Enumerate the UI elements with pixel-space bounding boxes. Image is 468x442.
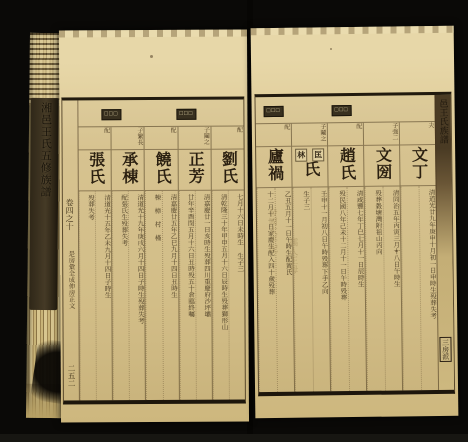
- co-wife-name: 匡: [312, 148, 324, 161]
- person-column: 配 劉氏 七月十六日未時生 生子三 清乾隆三十年甲申五月十六日辰時生殁葬獅形山: [210, 127, 245, 400]
- biography-text: 廿年辛酉閏五月十六日丑時殁五十倉臨終囑: [178, 191, 195, 400]
- margin-cartouche: □□□: [264, 106, 284, 117]
- person-column: 子繁長 承棟 清道光十九年庚戌六月十四日子時生殁葬失考 配張氏生殁葬失考: [111, 127, 146, 400]
- relation-label: 子強二: [390, 121, 399, 144]
- person-name: 承棟: [119, 150, 137, 190]
- fold-edge-title: 邑王氏族譜: [438, 99, 449, 144]
- left-person-columns: 配 張氏 清道光十五年乙未九月十四日子時生 殁葬失考 子繁長 承棟 清道光十九年…: [78, 127, 244, 401]
- book-spine: 湘邑王氏五修族譜: [29, 98, 58, 310]
- page-number: 二五二: [67, 364, 75, 387]
- relation-label: 配: [169, 126, 177, 149]
- relation-label: 配: [102, 126, 110, 149]
- relation-label: 配: [235, 126, 243, 149]
- right-page-fold-edge: 邑王氏族譜 三房派: [434, 95, 454, 390]
- person-column: 夫 文丁 清道光廿九年庚申十月初一日申時生殁葬失考: [399, 122, 438, 390]
- right-genealogy-table: □□□ □□□ 配 廬禍 乙丑五月十一日午時生配黃氏 十二月十一日家慶生配入四十…: [255, 95, 438, 392]
- person-name: 正芳: [186, 150, 204, 190]
- biography-text: 殁葬失考: [79, 191, 96, 400]
- volume-label: 卷四之十: [65, 198, 74, 230]
- person-column: 配 趙氏 清咸豐七年丁巳七月十一日辰時生 殁民國八年己未十二月十一日午時殁葬: [327, 123, 366, 391]
- person-name: 文丁: [409, 145, 427, 185]
- relation-label: 配: [354, 122, 363, 145]
- person-name: 趙氏: [337, 146, 355, 186]
- fold-edge-stamp: 三房派: [439, 337, 451, 362]
- person-name: 張氏: [86, 150, 104, 190]
- left-page-printed-area: 卷四之十 是房彙全成伸房正文 二五二 □□□ □□□ 配 張氏 清道光十五年乙未…: [61, 97, 246, 405]
- person-name: 廬禍: [265, 147, 283, 187]
- biography-text: 清嘉慶廿五年乙巳九月十四日丑時生: [161, 191, 178, 400]
- margin-cartouche: □□□: [332, 105, 352, 116]
- paper-speck: [395, 250, 398, 252]
- paper-speck: [150, 55, 153, 58]
- margin-cartouche: □□□: [101, 109, 121, 120]
- person-column: 子鬮之 正芳 清嘉慶廿一日亥時生殁葬四川重慶府沙坪壩 廿年辛酉閏五月十六日丑時殁…: [177, 127, 212, 400]
- person-column: 子強二 文圀 清同治五年丙寅三月十八日午時生 殁葬穀塘灣附祖山丙向: [363, 122, 402, 390]
- person-column: 配 饒氏 清嘉慶廿五年乙巳九月十四日丑時生 棟 樟 村 槿: [144, 127, 179, 400]
- margin-cartouche: □□□: [176, 109, 196, 120]
- person-name: 文圀: [373, 146, 391, 186]
- left-genealogy-table: □□□ □□□ 配 張氏 清道光十五年乙未九月十四日子時生 殁葬失考 子繁長: [78, 100, 245, 401]
- right-margin-band: □□□ □□□: [255, 95, 434, 124]
- biography-text: 清道光十九年庚戌六月十四日子時生殁葬失考: [128, 191, 145, 400]
- left-page-fold-column: 卷四之十 是房彙全成伸房正文 二五二: [62, 100, 80, 400]
- person-column: 配 廬禍 乙丑五月十一日午時生配黃氏 十二月十一日家慶生配入四十歲殁葬: [256, 124, 294, 392]
- right-page-printed-area: □□□ □□□ 配 廬禍 乙丑五月十一日午時生配黃氏 十二月十一日家慶生配入四十…: [254, 92, 455, 396]
- paper-speck: [330, 48, 332, 50]
- biography-text: 配張氏生殁葬失考: [112, 191, 129, 400]
- biography-text: 七月十六日未時生 生子三: [228, 191, 245, 400]
- biography-text: 清道光十五年乙未九月十四日子時生: [95, 191, 112, 400]
- relation-label: 配: [282, 123, 291, 146]
- table-surface-edge: [0, 434, 468, 442]
- branch-label: 是房彙全成伸房正文: [67, 250, 74, 309]
- relation-label: 子鬮之: [318, 122, 327, 145]
- left-margin-band: □□□ □□□: [78, 100, 243, 128]
- person-column: 子鬮之 匡 林 氏 壬申十一月初八日午時殁葬下手乙向 生子三: [291, 123, 330, 391]
- biography-text: 棟 樟 村 槿: [145, 191, 162, 400]
- person-column: 配 張氏 清道光十五年乙未九月十四日子時生 殁葬失考: [78, 127, 112, 400]
- relation-label: 子鬮之: [202, 126, 210, 149]
- biography-text: 清嘉慶廿一日亥時生殁葬四川重慶府沙坪壩: [195, 191, 212, 400]
- right-page: □□□ □□□ 配 廬禍 乙丑五月十一日午時生配黃氏 十二月十一日家慶生配入四十…: [251, 26, 459, 418]
- right-person-columns: 配 廬禍 乙丑五月十一日午時生配黃氏 十二月十一日家慶生配入四十歲殁葬 子鬮之 …: [256, 122, 438, 392]
- left-page-top-edge: [59, 30, 247, 38]
- left-page: 卷四之十 是房彙全成伸房正文 二五二 □□□ □□□ 配 張氏 清道光十五年乙未…: [59, 30, 249, 423]
- person-name: 劉氏: [219, 150, 237, 190]
- spine-title: 湘邑王氏五修族譜: [35, 98, 52, 310]
- co-wife-name: 林: [295, 149, 307, 162]
- biography-text: 清乾隆三十年甲申五月十六日辰時生殁葬獅形山: [212, 191, 229, 400]
- relation-label: 夫: [426, 121, 435, 144]
- relation-label: 子繁長: [136, 126, 144, 149]
- photo-stage: 湘邑王氏五修族譜 卷四之十 是房彙全成伸房正文 二五二 □□□ □□□ 配 張氏: [0, 0, 468, 442]
- person-name: 饒氏: [152, 150, 170, 190]
